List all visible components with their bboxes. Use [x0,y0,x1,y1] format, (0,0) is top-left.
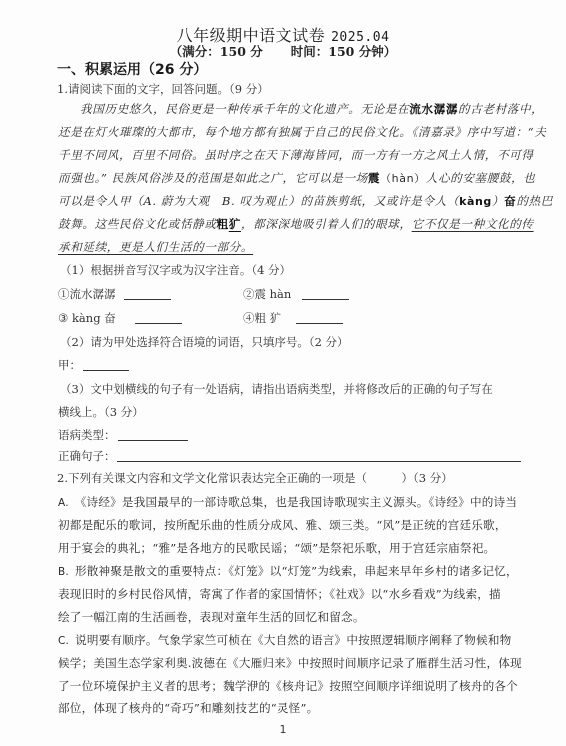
jia-answer-blank[interactable] [83,359,129,371]
passage-text: 我国历史悠久，民俗更是一种传承千年的文化遗产。无论是在 [80,102,409,116]
passage-text: 人心的安塞腰鼓，也 [426,171,536,185]
passage-text: 而强也。” 民族风俗涉及的范围是如此之广，它可以是一场 [58,171,368,185]
item-label: ④粗 犷 [243,311,281,325]
answer-blank-4[interactable] [296,312,343,324]
passage-line-6: 鼓舞。这些民俗文化或恬静或粗犷，都深深地吸引着人们的眼球，它不仅是一种文化的传 [58,216,518,232]
pinyin-kang: kàng [459,195,492,208]
item-label: ③ kàng 奋 [58,311,116,325]
passage-text: ，都深深地吸引着人们的眼球， [241,217,412,231]
section-heading: 一、积累运用（26 分） [57,59,207,79]
passage-line-3: 千里不同风，百里不同俗。虽时序之在天下薄海皆同，而一方有一方之风土人情，不可得 [58,147,518,163]
error-type-label: 语病类型： [58,427,116,443]
option-a-line-1: A.《诗经》是我国最早的一部诗歌总集，也是我国诗歌现实主义源头。《诗经》中的诗当 [58,494,517,510]
passage-bold-word: 流水潺潺 [409,102,458,116]
question-1-prompt: 1.请阅读下面的文字，回答问题。（9 分） [57,81,269,97]
option-c-line-2: 候学；美国生态学家利奥.波德在《大雁归来》中按照时间顺序记录了雁群生活习性，体现 [58,655,522,671]
passage-text: 鼓舞。这些民俗文化或恬静或 [58,217,217,231]
option-c-line-4: 部位，体现了核舟的“奇巧”和雕刻技艺的“灵怪”。 [58,700,318,716]
option-b-line-3: 绘了一幅江南的生活画卷，表现对童年生活的回忆和留念。 [58,609,365,625]
option-text: 《诗经》是我国最早的一部诗歌总集，也是我国诗歌现实主义源头。《诗经》中的诗当 [75,495,517,509]
passage-line-5: 可以是令人甲（A. 蔚为大观 B. 叹为观止）的苗族剪纸，又或许是令人（kàng… [58,193,518,209]
exam-subtitle: （满分：150 分时间：150 分钟） [0,42,566,60]
exam-page: 八年级期中语文试卷2025.04 （满分：150 分时间：150 分钟） 一、积… [0,0,566,746]
option-c-line-1: C.说明要有顺序。气象学家竺可桢在《大自然的语言》中按照逻辑顺序阐释了物候和物 [58,632,511,648]
option-b-label: B. [58,566,69,578]
passage-text: 的热巴 [516,194,553,208]
question-2-prompt: 2.下列有关课文内容和文学文化常识表达完全正确的一项是（ ）（3 分） [57,470,453,486]
pinyin-han: （hàn） [380,172,426,185]
passage-line-1: 我国历史悠久，民俗更是一种传承千年的文化遗产。无论是在流水潺潺的古老村落中， [80,101,540,117]
passage-text: 的古老村落中， [458,102,543,116]
item-label: ②震 hàn [243,287,291,301]
option-c-line-3: 了一位环境保护主义者的思考；魏学洢的《核舟记》按照空间顺序详细说明了核舟的各个 [58,678,518,694]
subquestion-3-prompt-line-1: （3）文中划横线的句子有一处语病，请指出语病类型，并将修改后的正确的句子写在 [60,381,493,397]
jia-answer-label: 甲： [58,357,81,373]
pinyin-item-1: ①流水潺潺 [58,286,116,302]
pinyin-item-2: ②震 hàn [243,286,291,302]
passage-bold-word: 奋 [504,194,516,208]
answer-blank-1[interactable] [124,288,171,300]
error-type-blank[interactable] [118,429,188,441]
underlined-sentence-part-1: 它不仅是一种文化的传 [412,217,534,231]
passage-text: 可以是令人甲（A. 蔚为大观 B. 叹为观止）的苗族剪纸，又或许是令人（ [58,194,459,208]
pinyin-item-3: ③ kàng 奋 [58,310,116,326]
answer-blank-3[interactable] [135,312,182,324]
passage-bold-underlined-word: 犷 [229,217,241,231]
passage-text: ） [492,194,504,208]
subquestion-3-prompt-line-2: 横线上。（3 分） [58,404,144,420]
underlined-sentence-part-2: 承和延续，更是人们生活的一部分。 [58,239,518,255]
option-a-line-3: 用于宴会的典礼；“雅”是各地方的民歌民谣；“颂”是祭祀乐歌，用于宫廷宗庙祭祀。 [58,540,495,556]
passage-line-2: 还是在灯火璀璨的大都市，每个地方都有独属于自己的民俗文化。《清嘉录》序中写道：“… [58,124,518,140]
option-a-line-2: 初都是配乐的歌词，按所配乐曲的性质分成风、雅、颂三类。“风”是正统的宫廷乐歌， [58,517,507,533]
subquestion-1-prompt: （1）根据拼音写汉字或为汉字注音。（4 分） [60,262,291,278]
option-b-line-2: 表现旧时的乡村民俗风情，寄寓了作者的家国情怀；《社戏》以“水乡看戏”为线索，描 [58,586,501,602]
passage-line-4: 而强也。” 民族风俗涉及的范围是如此之广，它可以是一场震（hàn）人心的安塞腰鼓… [58,170,518,186]
option-a-label: A. [58,497,69,509]
full-score: （满分：150 分 [170,44,263,59]
pinyin-item-4: ④粗 犷 [243,310,281,326]
correct-sentence-blank[interactable] [117,450,521,462]
correct-sentence-label: 正确句子： [58,448,116,464]
subquestion-2-prompt: （2）请为甲处选择符合语境的词语，只填序号。（2 分） [60,334,349,350]
passage-bold-word: 粗 [217,217,229,231]
passage-bold-word: 震 [368,171,380,185]
page-number: 1 [0,723,566,736]
answer-blank-2[interactable] [302,288,349,300]
option-text: 说明要有顺序。气象学家竺可桢在《大自然的语言》中按照逻辑顺序阐释了物候和物 [75,633,511,647]
option-c-label: C. [58,635,69,647]
option-b-line-1: B.形散神聚是散文的重要特点：《灯笼》以“灯笼”为线索，串起来早年乡村的诸多记忆… [58,563,518,579]
item-label: ①流水潺潺 [58,287,116,301]
option-text: 形散神聚是散文的重要特点：《灯笼》以“灯笼”为线索，串起来早年乡村的诸多记忆， [75,564,518,578]
exam-time: 时间：150 分钟） [291,44,396,59]
